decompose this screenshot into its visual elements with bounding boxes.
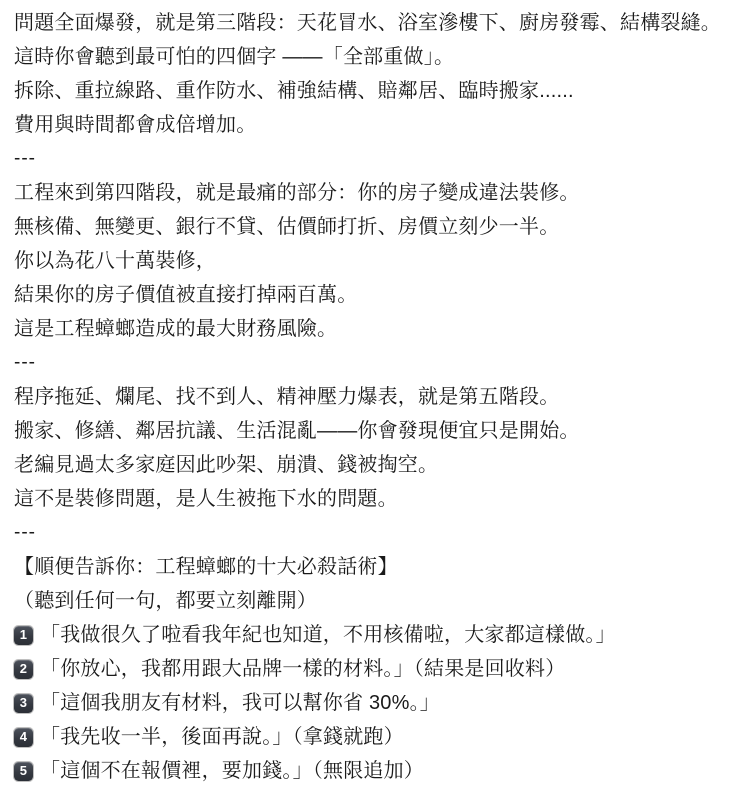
- text-line: 工程來到第四階段，就是最痛的部分：你的房子變成違法裝修。: [14, 176, 725, 210]
- text-line: 你以為花八十萬裝修，: [14, 244, 725, 278]
- line-text: 「我做很久了啦看我年紀也知道，不用核備啦，大家都這樣做。」: [40, 618, 616, 652]
- line-text: 這是工程蟑螂造成的最大財務風險。: [14, 312, 337, 346]
- separator-text: ---: [14, 346, 36, 380]
- line-text: 結果你的房子價值被直接打掉兩百萬。: [14, 278, 357, 312]
- numbered-list-item: 4「我先收一半，後面再說。」（拿錢就跑）: [14, 720, 725, 754]
- keycap-number-icon: 1: [14, 626, 33, 645]
- keycap-number-icon: 3: [14, 694, 33, 713]
- text-line: 問題全面爆發，就是第三階段：天花冒水、浴室滲樓下、廚房發霉、結構裂縫。: [14, 6, 725, 40]
- document-body: 問題全面爆發，就是第三階段：天花冒水、浴室滲樓下、廚房發霉、結構裂縫。這時你會聽…: [0, 0, 735, 788]
- line-text: 「這個我朋友有材料，我可以幫你省 30%。」: [40, 686, 440, 720]
- line-text: 問題全面爆發，就是第三階段：天花冒水、浴室滲樓下、廚房發霉、結構裂縫。: [14, 6, 721, 40]
- text-line: 搬家、修繕、鄰居抗議、生活混亂——你會發現便宜只是開始。: [14, 414, 725, 448]
- line-text: （聽到任何一句，都要立刻離開）: [14, 584, 317, 618]
- text-line: 結果你的房子價值被直接打掉兩百萬。: [14, 278, 725, 312]
- text-line: 這是工程蟑螂造成的最大財務風險。: [14, 312, 725, 346]
- numbered-list-item: 5「這個不在報價裡，要加錢。」（無限追加）: [14, 754, 725, 788]
- keycap-number-icon: 4: [14, 728, 33, 747]
- numbered-list-item: 1「我做很久了啦看我年紀也知道，不用核備啦，大家都這樣做。」: [14, 618, 725, 652]
- line-text: 程序拖延、爛尾、找不到人、精神壓力爆表，就是第五階段。: [14, 380, 559, 414]
- line-text: 拆除、重拉線路、重作防水、補強結構、賠鄰居、臨時搬家......: [14, 74, 574, 108]
- numbered-list-item: 3「這個我朋友有材料，我可以幫你省 30%。」: [14, 686, 725, 720]
- line-text: 你以為花八十萬裝修，: [14, 244, 216, 278]
- text-line: 無核備、無變更、銀行不貸、估價師打折、房價立刻少一半。: [14, 210, 725, 244]
- text-line: 拆除、重拉線路、重作防水、補強結構、賠鄰居、臨時搬家......: [14, 74, 725, 108]
- text-line: 這不是裝修問題，是人生被拖下水的問題。: [14, 482, 725, 516]
- line-text: 【順便告訴你：工程蟑螂的十大必殺話術】: [14, 550, 398, 584]
- separator-text: ---: [14, 516, 36, 550]
- separator-text: ---: [14, 142, 36, 176]
- text-line: 費用與時間都會成倍增加。: [14, 108, 725, 142]
- line-text: 這時你會聽到最可怕的四個字 ——「全部重做」。: [14, 40, 454, 74]
- text-line: （聽到任何一句，都要立刻離開）: [14, 584, 725, 618]
- line-text: 「我先收一半，後面再說。」（拿錢就跑）: [40, 720, 404, 754]
- line-text: 無核備、無變更、銀行不貸、估價師打折、房價立刻少一半。: [14, 210, 559, 244]
- separator-line: ---: [14, 346, 725, 380]
- text-line: 老編見過太多家庭因此吵架、崩潰、錢被掏空。: [14, 448, 725, 482]
- text-line: 【順便告訴你：工程蟑螂的十大必殺話術】: [14, 550, 725, 584]
- text-line: 這時你會聽到最可怕的四個字 ——「全部重做」。: [14, 40, 725, 74]
- numbered-list-item: 2「你放心，我都用跟大品牌一樣的材料。」（結果是回收料）: [14, 652, 725, 686]
- separator-line: ---: [14, 142, 725, 176]
- line-text: 搬家、修繕、鄰居抗議、生活混亂——你會發現便宜只是開始。: [14, 414, 580, 448]
- keycap-number-icon: 5: [14, 762, 33, 781]
- line-text: 工程來到第四階段，就是最痛的部分：你的房子變成違法裝修。: [14, 176, 580, 210]
- text-line: 程序拖延、爛尾、找不到人、精神壓力爆表，就是第五階段。: [14, 380, 725, 414]
- separator-line: ---: [14, 516, 725, 550]
- line-text: 這不是裝修問題，是人生被拖下水的問題。: [14, 482, 398, 516]
- keycap-number-icon: 2: [14, 660, 33, 679]
- line-text: 費用與時間都會成倍增加。: [14, 108, 256, 142]
- line-text: 老編見過太多家庭因此吵架、崩潰、錢被掏空。: [14, 448, 438, 482]
- line-text: 「這個不在報價裡，要加錢。」（無限追加）: [40, 754, 424, 788]
- line-text: 「你放心，我都用跟大品牌一樣的材料。」（結果是回收料）: [40, 652, 565, 686]
